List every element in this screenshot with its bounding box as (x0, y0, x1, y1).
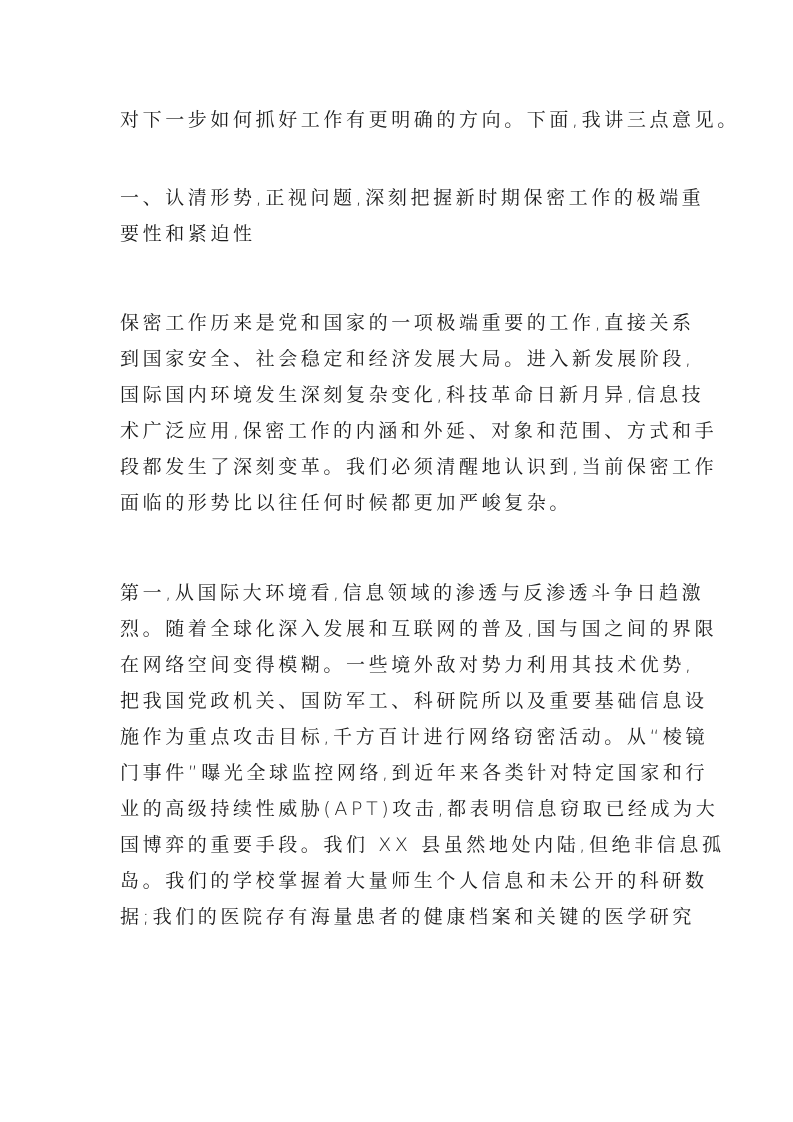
paragraph-line: 业的高级持续性威胁(APT)攻击,都表明信息窃取已经成为大 (120, 797, 680, 821)
paragraph-line: 第一,从国际大环境看,信息领域的渗透与反渗透斗争日趋激 (120, 581, 680, 605)
paragraph-line: 国际国内环境发生深刻复杂变化,科技革命日新月异,信息技 (120, 383, 680, 407)
paragraph-line: 到国家安全、社会稳定和经济发展大局。进入新发展阶段, (120, 347, 680, 371)
paragraph-line: 门事件”曝光全球监控网络,到近年来各类针对特定国家和行 (120, 761, 680, 785)
paragraph-line: 据;我们的医院存有海量患者的健康档案和关键的医学研究 (120, 905, 680, 929)
document-page: 对下一步如何抓好工作有更明确的方向。下面,我讲三点意见。 一、认清形势,正视问题… (0, 0, 793, 1122)
paragraph-line: 在网络空间变得模糊。一些境外敌对势力利用其技术优势, (120, 653, 680, 677)
section-heading-line: 一、认清形势,正视问题,深刻把握新时期保密工作的极端重 (120, 186, 680, 210)
paragraph-line: 烈。随着全球化深入发展和互联网的普及,国与国之间的界限 (120, 617, 680, 641)
paragraph-line: 把我国党政机关、国防军工、科研院所以及重要基础信息设 (120, 689, 680, 713)
paragraph-line: 国博弈的重要手段。我们 XX 县虽然地处内陆,但绝非信息孤 (120, 833, 680, 857)
paragraph-line: 岛。我们的学校掌握着大量师生个人信息和未公开的科研数 (120, 869, 680, 893)
paragraph-line: 面临的形势比以往任何时候都更加严峻复杂。 (120, 491, 680, 515)
paragraph-line: 术广泛应用,保密工作的内涵和外延、对象和范围、方式和手 (120, 419, 680, 443)
paragraph-line: 施作为重点攻击目标,千方百计进行网络窃密活动。从“棱镜 (120, 725, 680, 749)
intro-text-line: 对下一步如何抓好工作有更明确的方向。下面,我讲三点意见。 (120, 108, 680, 132)
paragraph-line: 段都发生了深刻变革。我们必须清醒地认识到,当前保密工作 (120, 455, 680, 479)
section-heading-line: 要性和紧迫性 (120, 222, 680, 246)
paragraph-line: 保密工作历来是党和国家的一项极端重要的工作,直接关系 (120, 311, 680, 335)
